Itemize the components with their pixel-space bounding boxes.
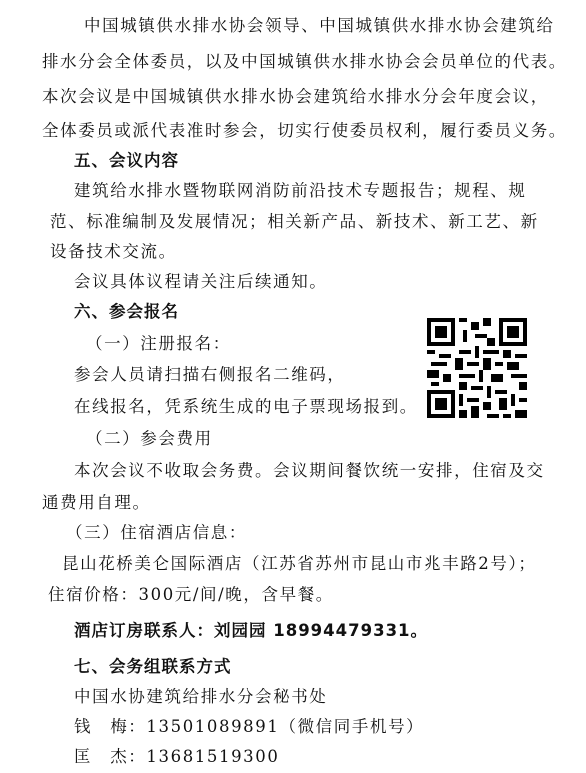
hotel-address: 昆山花桥美仑国际酒店（江苏省苏州市昆山市兆丰路2号）；	[62, 553, 536, 575]
section-5-heading: 五、会议内容	[74, 150, 179, 172]
section-5-line-3: 设备技术交流。	[50, 241, 177, 263]
intro-line-2: 排水分会全体委员，以及中国城镇供水排水协会会员单位的代表。	[42, 51, 567, 73]
section-5-line-2: 范、标准编制及发展情况；相关新产品、新技术、新工艺、新	[50, 211, 539, 233]
registration-line-1: 参会人员请扫描右侧报名二维码，	[74, 364, 346, 386]
registration-line-2: 在线报名，凭系统生成的电子票现场报到。	[74, 396, 418, 418]
registration-title: （一）注册报名：	[86, 333, 231, 355]
fee-title: （二）参会费用	[86, 428, 213, 450]
section-5-note: 会议具体议程请关注后续通知。	[74, 271, 327, 293]
contact-kuang-jie: 匡 杰：13681519300	[74, 746, 279, 768]
section-7-heading: 七、会务组联系方式	[74, 656, 232, 678]
section-5-line-1: 建筑给水排水暨物联网消防前沿技术专题报告；规程、规	[74, 180, 527, 202]
hotel-title: （三）住宿酒店信息：	[66, 522, 247, 544]
contact-qian-mei: 钱 梅：13501089891（微信同手机号）	[74, 716, 424, 738]
section-6-heading: 六、参会报名	[74, 301, 179, 323]
hotel-price: 住宿价格：300元/间/晚，含早餐。	[48, 584, 334, 606]
fee-line-2: 通费用自理。	[42, 492, 151, 514]
intro-line-4: 全体委员或派代表准时参会，切实行使委员权利，履行委员义务。	[42, 120, 567, 142]
intro-line-1: 中国城镇供水排水协会领导、中国城镇供水排水协会建筑给	[84, 15, 555, 37]
hotel-booking-contact: 酒店订房联系人：刘园园 18994479331。	[74, 620, 428, 642]
fee-line-1: 本次会议不收取会务费。会议期间餐饮统一安排，住宿及交	[74, 460, 545, 482]
intro-line-3: 本次会议是中国城镇供水排水协会建筑给水排水分会年度会议，	[42, 86, 549, 108]
contact-org: 中国水协建筑给排水分会秘书处	[74, 686, 327, 708]
qr-code-icon[interactable]	[427, 318, 527, 418]
